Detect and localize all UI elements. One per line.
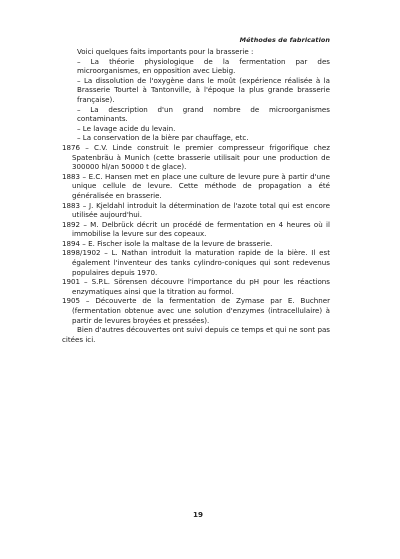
timeline-entry: 1901 – S.P.L. Sörensen découvre l'import… [62, 277, 330, 296]
timeline-entry: 1892 – M. Delbrück décrit un procédé de … [62, 220, 330, 239]
timeline-entry: 1883 – J. Kjeldahl introduit la détermin… [62, 201, 330, 220]
timeline-entry: 1905 – Découverte de la fermentation de … [62, 296, 330, 325]
closing-paragraph: Bien d'autres découvertes ont suivi depu… [62, 325, 330, 344]
running-head: Méthodes de fabrication [240, 36, 330, 44]
list-item: – La dissolution de l'oxygène dans le mo… [62, 76, 330, 105]
list-item: – La théorie physiologique de la ferment… [62, 57, 330, 76]
intro-paragraph: Voici quelques faits importants pour la … [62, 47, 330, 57]
list-item: – La description d'un grand nombre de mi… [62, 105, 330, 124]
page-body: Voici quelques faits importants pour la … [62, 47, 330, 344]
timeline-entry: 1883 – E.C. Hansen met en place une cult… [62, 172, 330, 201]
timeline-entry: 1898/1902 – L. Nathan introduit la matur… [62, 248, 330, 277]
list-item: – Le lavage acide du levain. [62, 124, 330, 134]
list-item: – La conservation de la bière par chauff… [62, 133, 330, 143]
page-number: 19 [193, 510, 203, 519]
timeline-entry: 1876 – C.V. Linde construit le premier c… [62, 143, 330, 172]
timeline-entry: 1894 – E. Fischer isole la maltase de la… [62, 239, 330, 249]
